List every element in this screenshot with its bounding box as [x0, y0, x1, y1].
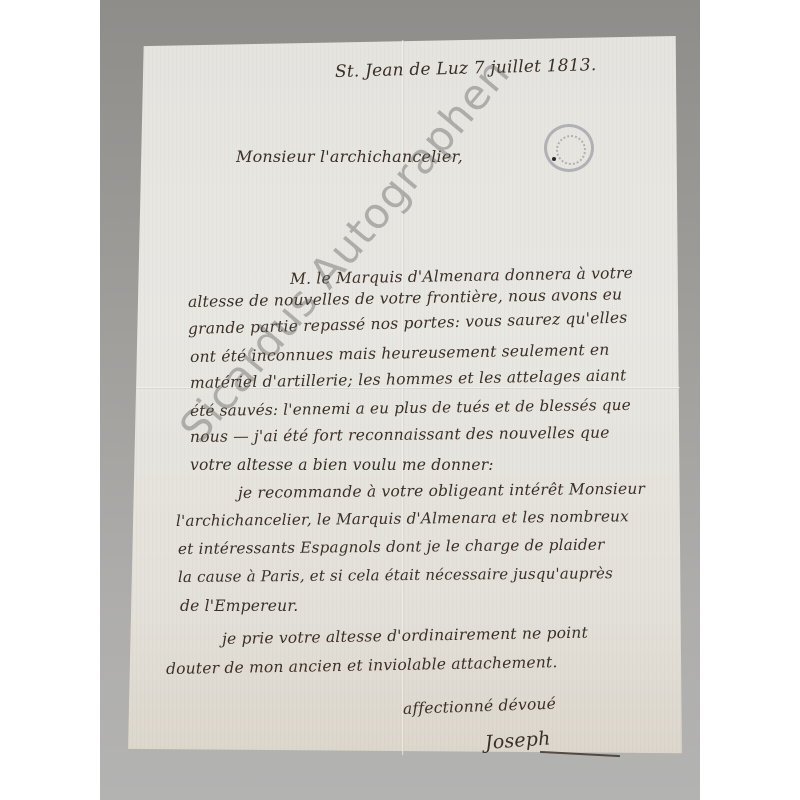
- body-line-13: de l'Empereur.: [180, 597, 298, 615]
- ink-stamp-icon: [544, 124, 594, 172]
- ink-blot: [552, 157, 556, 161]
- body-line-8: votre altesse a bien voulu me donner:: [190, 456, 494, 474]
- body-line-12: la cause à Paris, et si cela était néces…: [178, 564, 613, 586]
